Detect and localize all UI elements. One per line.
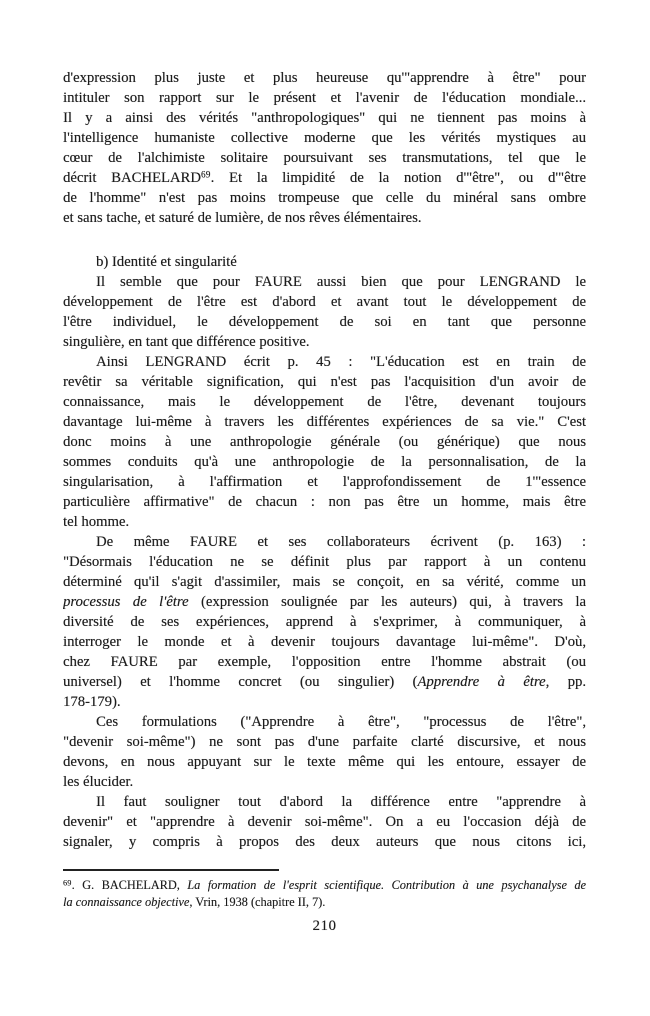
text-segment: , pp. (546, 674, 586, 690)
body-text: d'expression plus juste et plus heureuse… (63, 68, 586, 852)
text-line: De même FAURE et ses collaborateurs écri… (63, 532, 586, 552)
text-line: chez FAURE par exemple, l'opposition ent… (63, 652, 586, 672)
text-segment: singularisation, à l'affirmation et l'ap… (63, 474, 586, 490)
text-segment: De même FAURE et ses collaborateurs écri… (96, 534, 586, 550)
text-segment: décrit BACHELARD (63, 170, 201, 186)
text-line: davantage lui-même à travers les différe… (63, 412, 586, 432)
text-segment: "devenir soi-même") ne sont pas d'une pa… (63, 734, 586, 750)
text-line: et sans tache, et saturé de lumière, de … (63, 208, 586, 228)
text-line: 178-179). (63, 692, 586, 712)
text-line: revêtir sa véritable signification, qui … (63, 372, 586, 392)
text-segment: b) Identité et singularité (96, 254, 237, 270)
text-segment: chez FAURE par exemple, l'opposition ent… (63, 654, 586, 670)
footnote-text: 69. G. BACHELARD, La formation de l'espr… (63, 877, 586, 911)
text-line: Il faut souligner tout d'abord la différ… (63, 792, 586, 812)
text-segment: l'intelligence humaniste collective mode… (63, 130, 586, 146)
text-segment: davantage lui-même à travers les différe… (63, 414, 586, 430)
text-segment: "Désormais l'éducation ne se définit plu… (63, 554, 586, 570)
text-line: cœur de l'alchimiste solitaire poursuiva… (63, 148, 586, 168)
document-page: d'expression plus juste et plus heureuse… (0, 0, 650, 1016)
text-line: d'expression plus juste et plus heureuse… (63, 68, 586, 88)
text-segment: et sans tache, et saturé de lumière, de … (63, 210, 421, 226)
text-segment: signaler, y compris à propos des deux au… (63, 834, 586, 850)
text-line: Ainsi LENGRAND écrit p. 45 : "L'éducatio… (63, 352, 586, 372)
text-segment: . G. BACHELARD, (72, 878, 188, 892)
text-segment: donc moins à une anthropologie générale … (63, 434, 586, 450)
text-segment: cœur de l'alchimiste solitaire poursuiva… (63, 150, 586, 166)
text-segment: tel homme. (63, 514, 129, 530)
text-line: 69. G. BACHELARD, La formation de l'espr… (63, 877, 586, 894)
text-line: donc moins à une anthropologie générale … (63, 432, 586, 452)
text-line: Il semble que pour FAURE aussi bien que … (63, 272, 586, 292)
text-segment: revêtir sa véritable signification, qui … (63, 374, 586, 390)
text-segment: déterminé qu'il s'agit d'assimiler, mais… (63, 574, 586, 590)
text-segment: de l'homme" n'est pas moins trompeuse qu… (63, 190, 586, 206)
text-line: devons, en nous appuyant sur le texte mê… (63, 752, 586, 772)
text-segment: Ces formulations ("Apprendre à être", "p… (96, 714, 586, 730)
text-segment: Il y a ainsi des vérités "anthropologiqu… (63, 110, 586, 126)
text-segment: devenir" et "apprendre à devenir soi-mêm… (63, 814, 586, 830)
footnote-reference: 69 (201, 170, 211, 180)
text-segment: singulière, en tant que différence posit… (63, 334, 309, 350)
text-segment: d'expression plus juste et plus heureuse… (63, 70, 586, 86)
text-line: diversité de ses expériences, apprend à … (63, 612, 586, 632)
text-segment: processus de l'être (63, 594, 189, 610)
text-segment: Il faut souligner tout d'abord la différ… (96, 794, 586, 810)
text-line: intituler son rapport sur le présent et … (63, 88, 586, 108)
text-line: l'intelligence humaniste collective mode… (63, 128, 586, 148)
text-line: singularisation, à l'affirmation et l'ap… (63, 472, 586, 492)
footnote-area: 69. G. BACHELARD, La formation de l'espr… (63, 869, 586, 911)
text-line: "devenir soi-même") ne sont pas d'une pa… (63, 732, 586, 752)
text-line: Ces formulations ("Apprendre à être", "p… (63, 712, 586, 732)
text-line: singulière, en tant que différence posit… (63, 332, 586, 352)
text-segment: devons, en nous appuyant sur le texte mê… (63, 754, 586, 770)
text-line: devenir" et "apprendre à devenir soi-mêm… (63, 812, 586, 832)
text-segment: universel) et l'homme concret (ou singul… (63, 674, 417, 690)
text-line: processus de l'être (expression souligné… (63, 592, 586, 612)
text-segment: Apprendre à être (417, 674, 545, 690)
page-number: 210 (63, 918, 586, 935)
text-line: déterminé qu'il s'agit d'assimiler, mais… (63, 572, 586, 592)
text-line: Il y a ainsi des vérités "anthropologiqu… (63, 108, 586, 128)
text-segment: , Vrin, 1938 (chapitre II, 7). (189, 895, 325, 909)
text-line: les élucider. (63, 772, 586, 792)
text-line: décrit BACHELARD69. Et la limpidité de l… (63, 168, 586, 188)
section-heading: b) Identité et singularité (63, 252, 586, 272)
text-line: signaler, y compris à propos des deux au… (63, 832, 586, 852)
text-line: universel) et l'homme concret (ou singul… (63, 672, 586, 692)
paragraph-spacer (63, 228, 586, 252)
text-line: développement de l'être est d'abord et a… (63, 292, 586, 312)
text-segment: particulière affirmative" de chacun : no… (63, 494, 586, 510)
text-line: interroger le monde et à devenir toujour… (63, 632, 586, 652)
text-segment: intituler son rapport sur le présent et … (63, 90, 586, 106)
text-segment: connaissance, mais le développement de l… (63, 394, 586, 410)
footnote-divider (63, 869, 279, 871)
text-segment: la connaissance objective (63, 895, 189, 909)
footnote-reference: 69 (63, 879, 72, 888)
text-segment: sommes conduits qu'à une anthropologie d… (63, 454, 586, 470)
text-segment: . Et la limpidité de la notion d'"être",… (211, 170, 586, 186)
text-segment: (expression soulignée par les auteurs) q… (189, 594, 586, 610)
text-line: tel homme. (63, 512, 586, 532)
text-segment: La formation de l'esprit scientifique. C… (187, 878, 586, 892)
text-segment: l'être individuel, le développement de s… (63, 314, 586, 330)
text-segment: Ainsi LENGRAND écrit p. 45 : "L'éducatio… (96, 354, 586, 370)
text-segment: développement de l'être est d'abord et a… (63, 294, 586, 310)
text-line: "Désormais l'éducation ne se définit plu… (63, 552, 586, 572)
text-segment: interroger le monde et à devenir toujour… (63, 634, 586, 650)
text-segment: les élucider. (63, 774, 133, 790)
text-segment: 178-179). (63, 694, 121, 710)
text-segment: Il semble que pour FAURE aussi bien que … (96, 274, 586, 290)
text-line: l'être individuel, le développement de s… (63, 312, 586, 332)
text-line: sommes conduits qu'à une anthropologie d… (63, 452, 586, 472)
text-line: particulière affirmative" de chacun : no… (63, 492, 586, 512)
text-segment: diversité de ses expériences, apprend à … (63, 614, 586, 630)
text-line: la connaissance objective, Vrin, 1938 (c… (63, 894, 586, 911)
text-line: de l'homme" n'est pas moins trompeuse qu… (63, 188, 586, 208)
text-line: connaissance, mais le développement de l… (63, 392, 586, 412)
